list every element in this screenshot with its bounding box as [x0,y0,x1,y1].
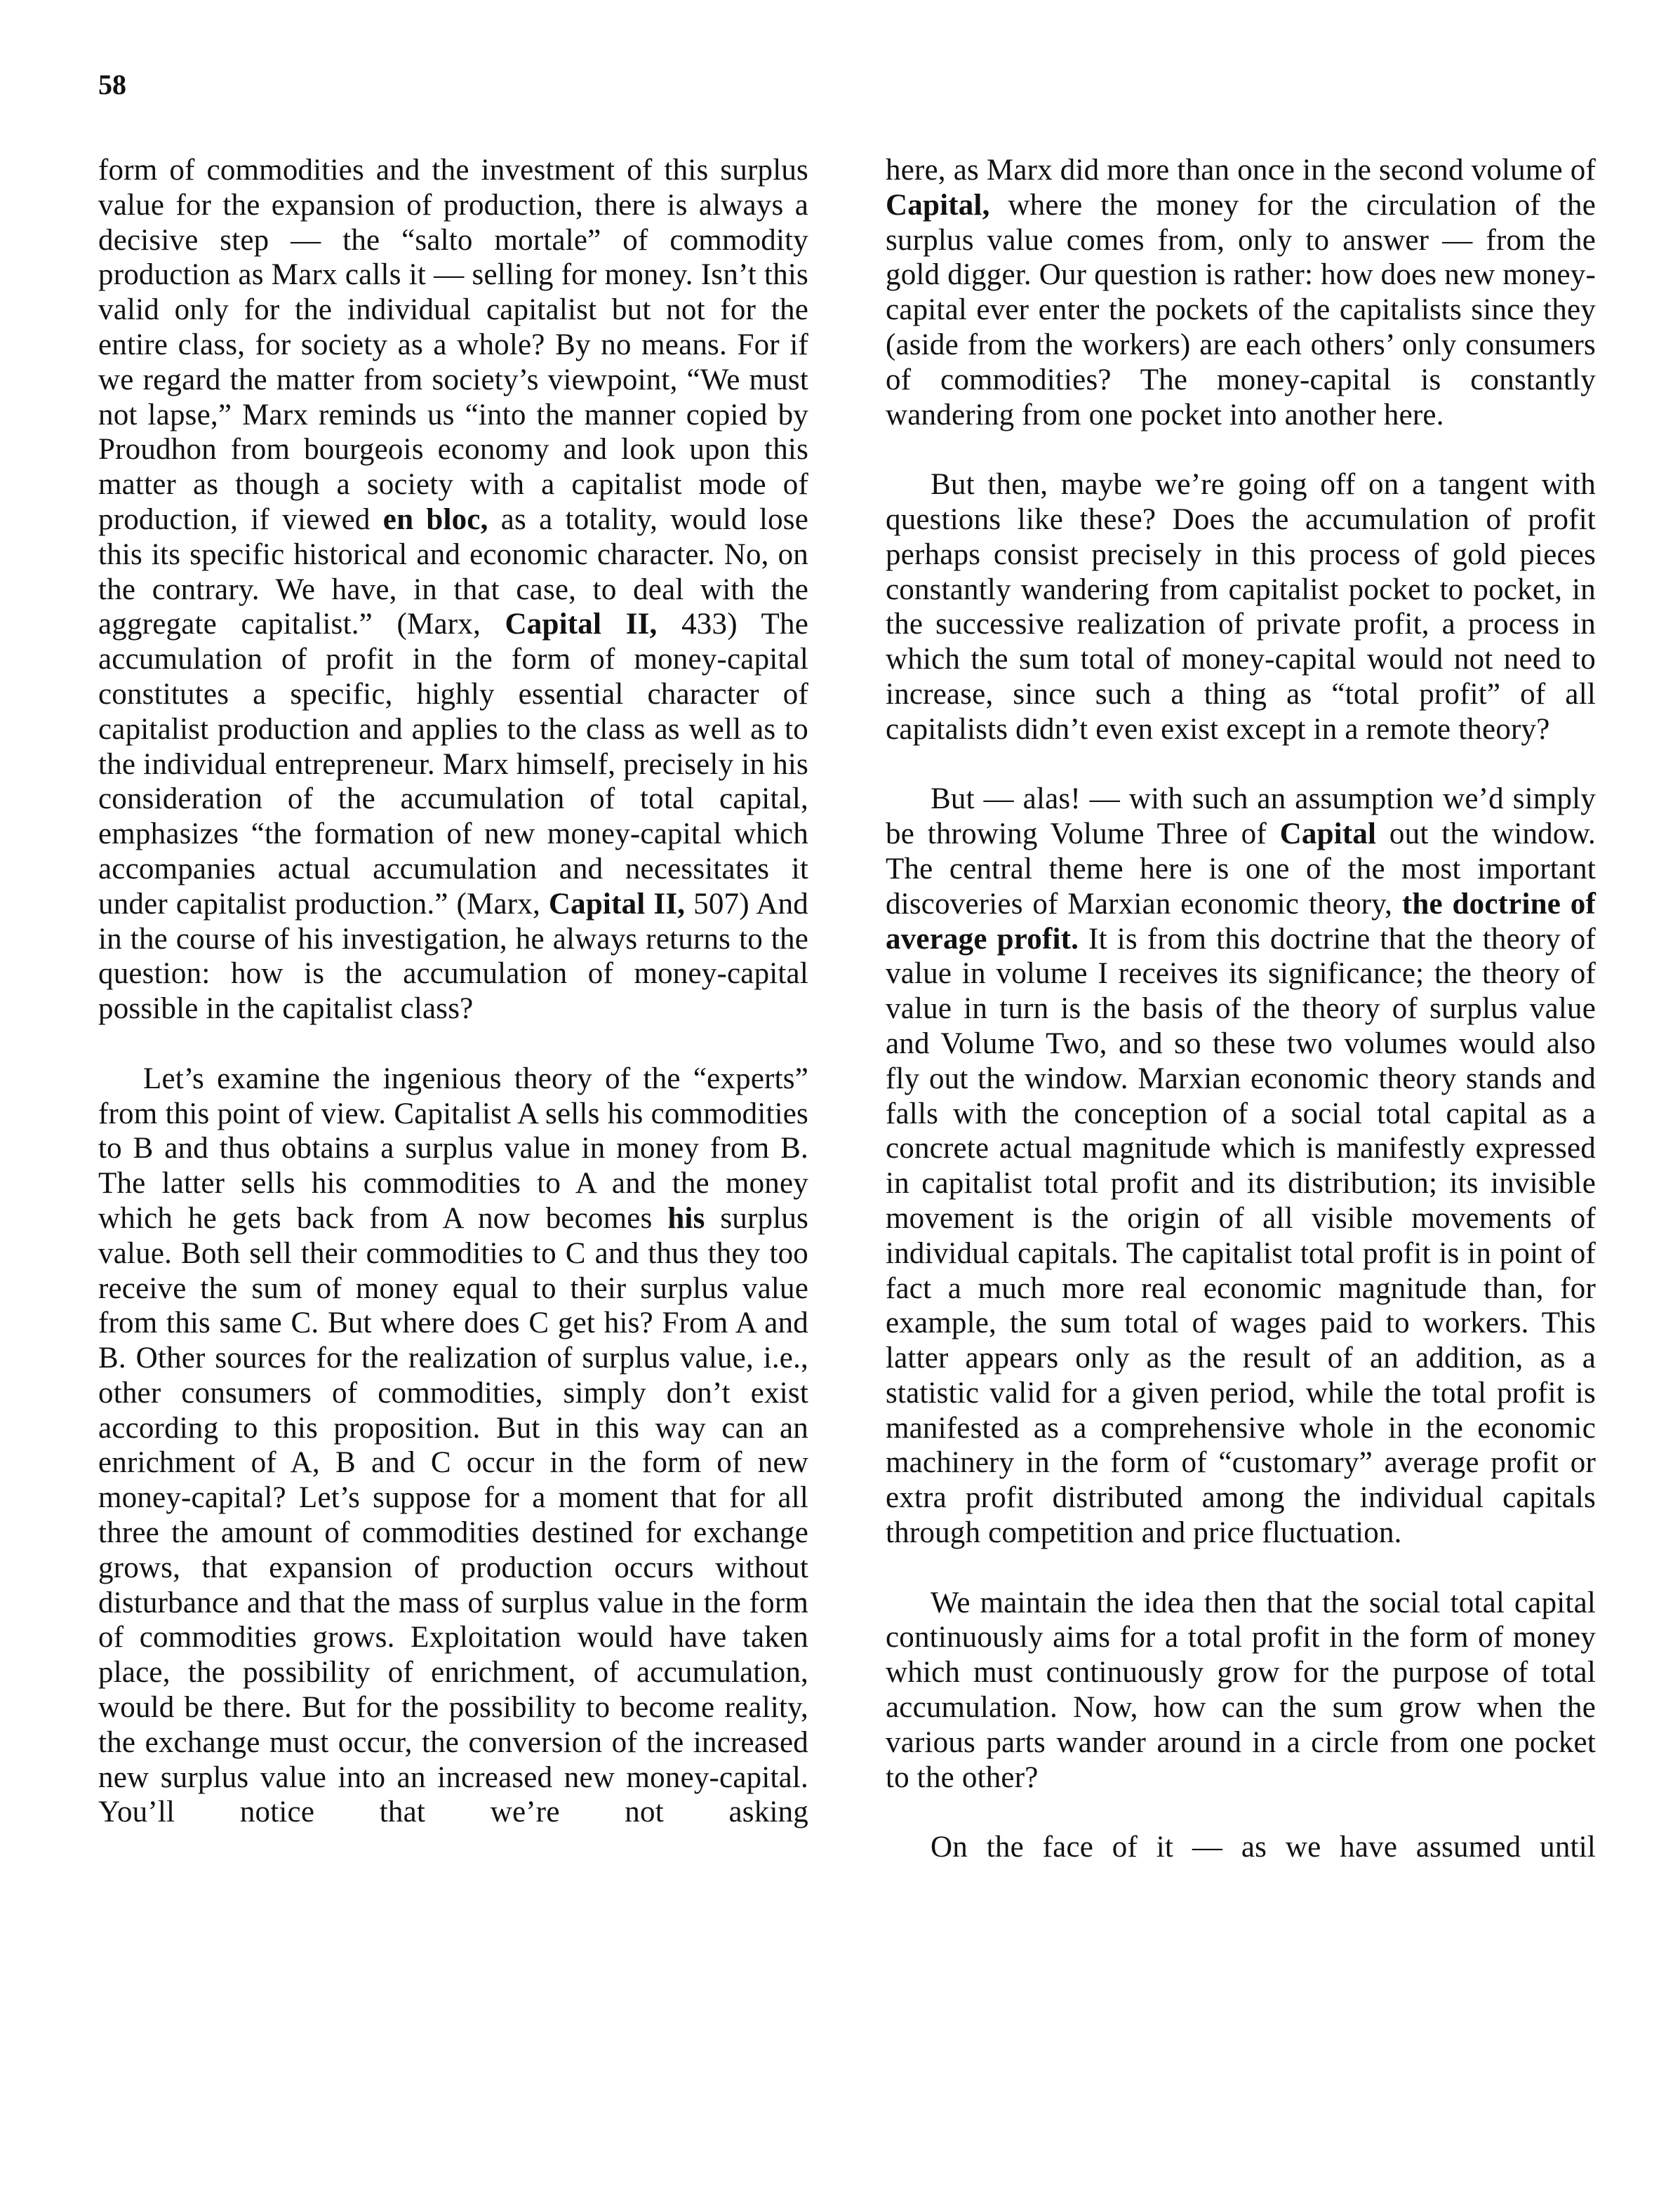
text-segment: here, as Marx did more than once in the … [886,154,1596,187]
citation-capital-ii: Capital II, [505,608,658,641]
text-segment: 433) The accumulation of profit in the f… [98,608,808,920]
page-number: 58 [98,67,126,102]
paragraph: On the face of it — as we have assumed u… [886,1830,1596,1865]
bold-term-en-bloc: en bloc, [383,503,488,536]
bold-term-his: his [667,1202,705,1235]
text-segment: where the money for the circulation of t… [886,189,1596,432]
bold-term-capital: Capital [1280,817,1377,850]
citation-capital-ii: Capital II, [549,888,685,921]
text-segment: We maintain the idea then that the socia… [886,1586,1596,1794]
paragraph: But — alas! — with such an assumption we… [886,782,1596,1551]
paragraph: here, as Marx did more than once in the … [886,153,1596,432]
text-segment: It is from this doctrine that the theory… [886,923,1596,1550]
text-segment: surplus value. Both sell their commoditi… [98,1202,808,1829]
left-column: form of commodities and the investment o… [98,153,808,1865]
paragraph: We maintain the idea then that the socia… [886,1586,1596,1796]
text-segment: On the face of it — as we have assumed u… [931,1831,1596,1864]
text-segment: form of commodities and the investment o… [98,154,808,536]
right-column: here, as Marx did more than once in the … [886,153,1596,1900]
bold-term-capital: Capital, [886,189,990,222]
text-segment: But then, maybe we’re going off on a tan… [886,468,1596,746]
paragraph: But then, maybe we’re going off on a tan… [886,467,1596,747]
paragraph: form of commodities and the investment o… [98,153,808,1027]
paragraph: Let’s examine the ingenious theory of th… [98,1062,808,1831]
